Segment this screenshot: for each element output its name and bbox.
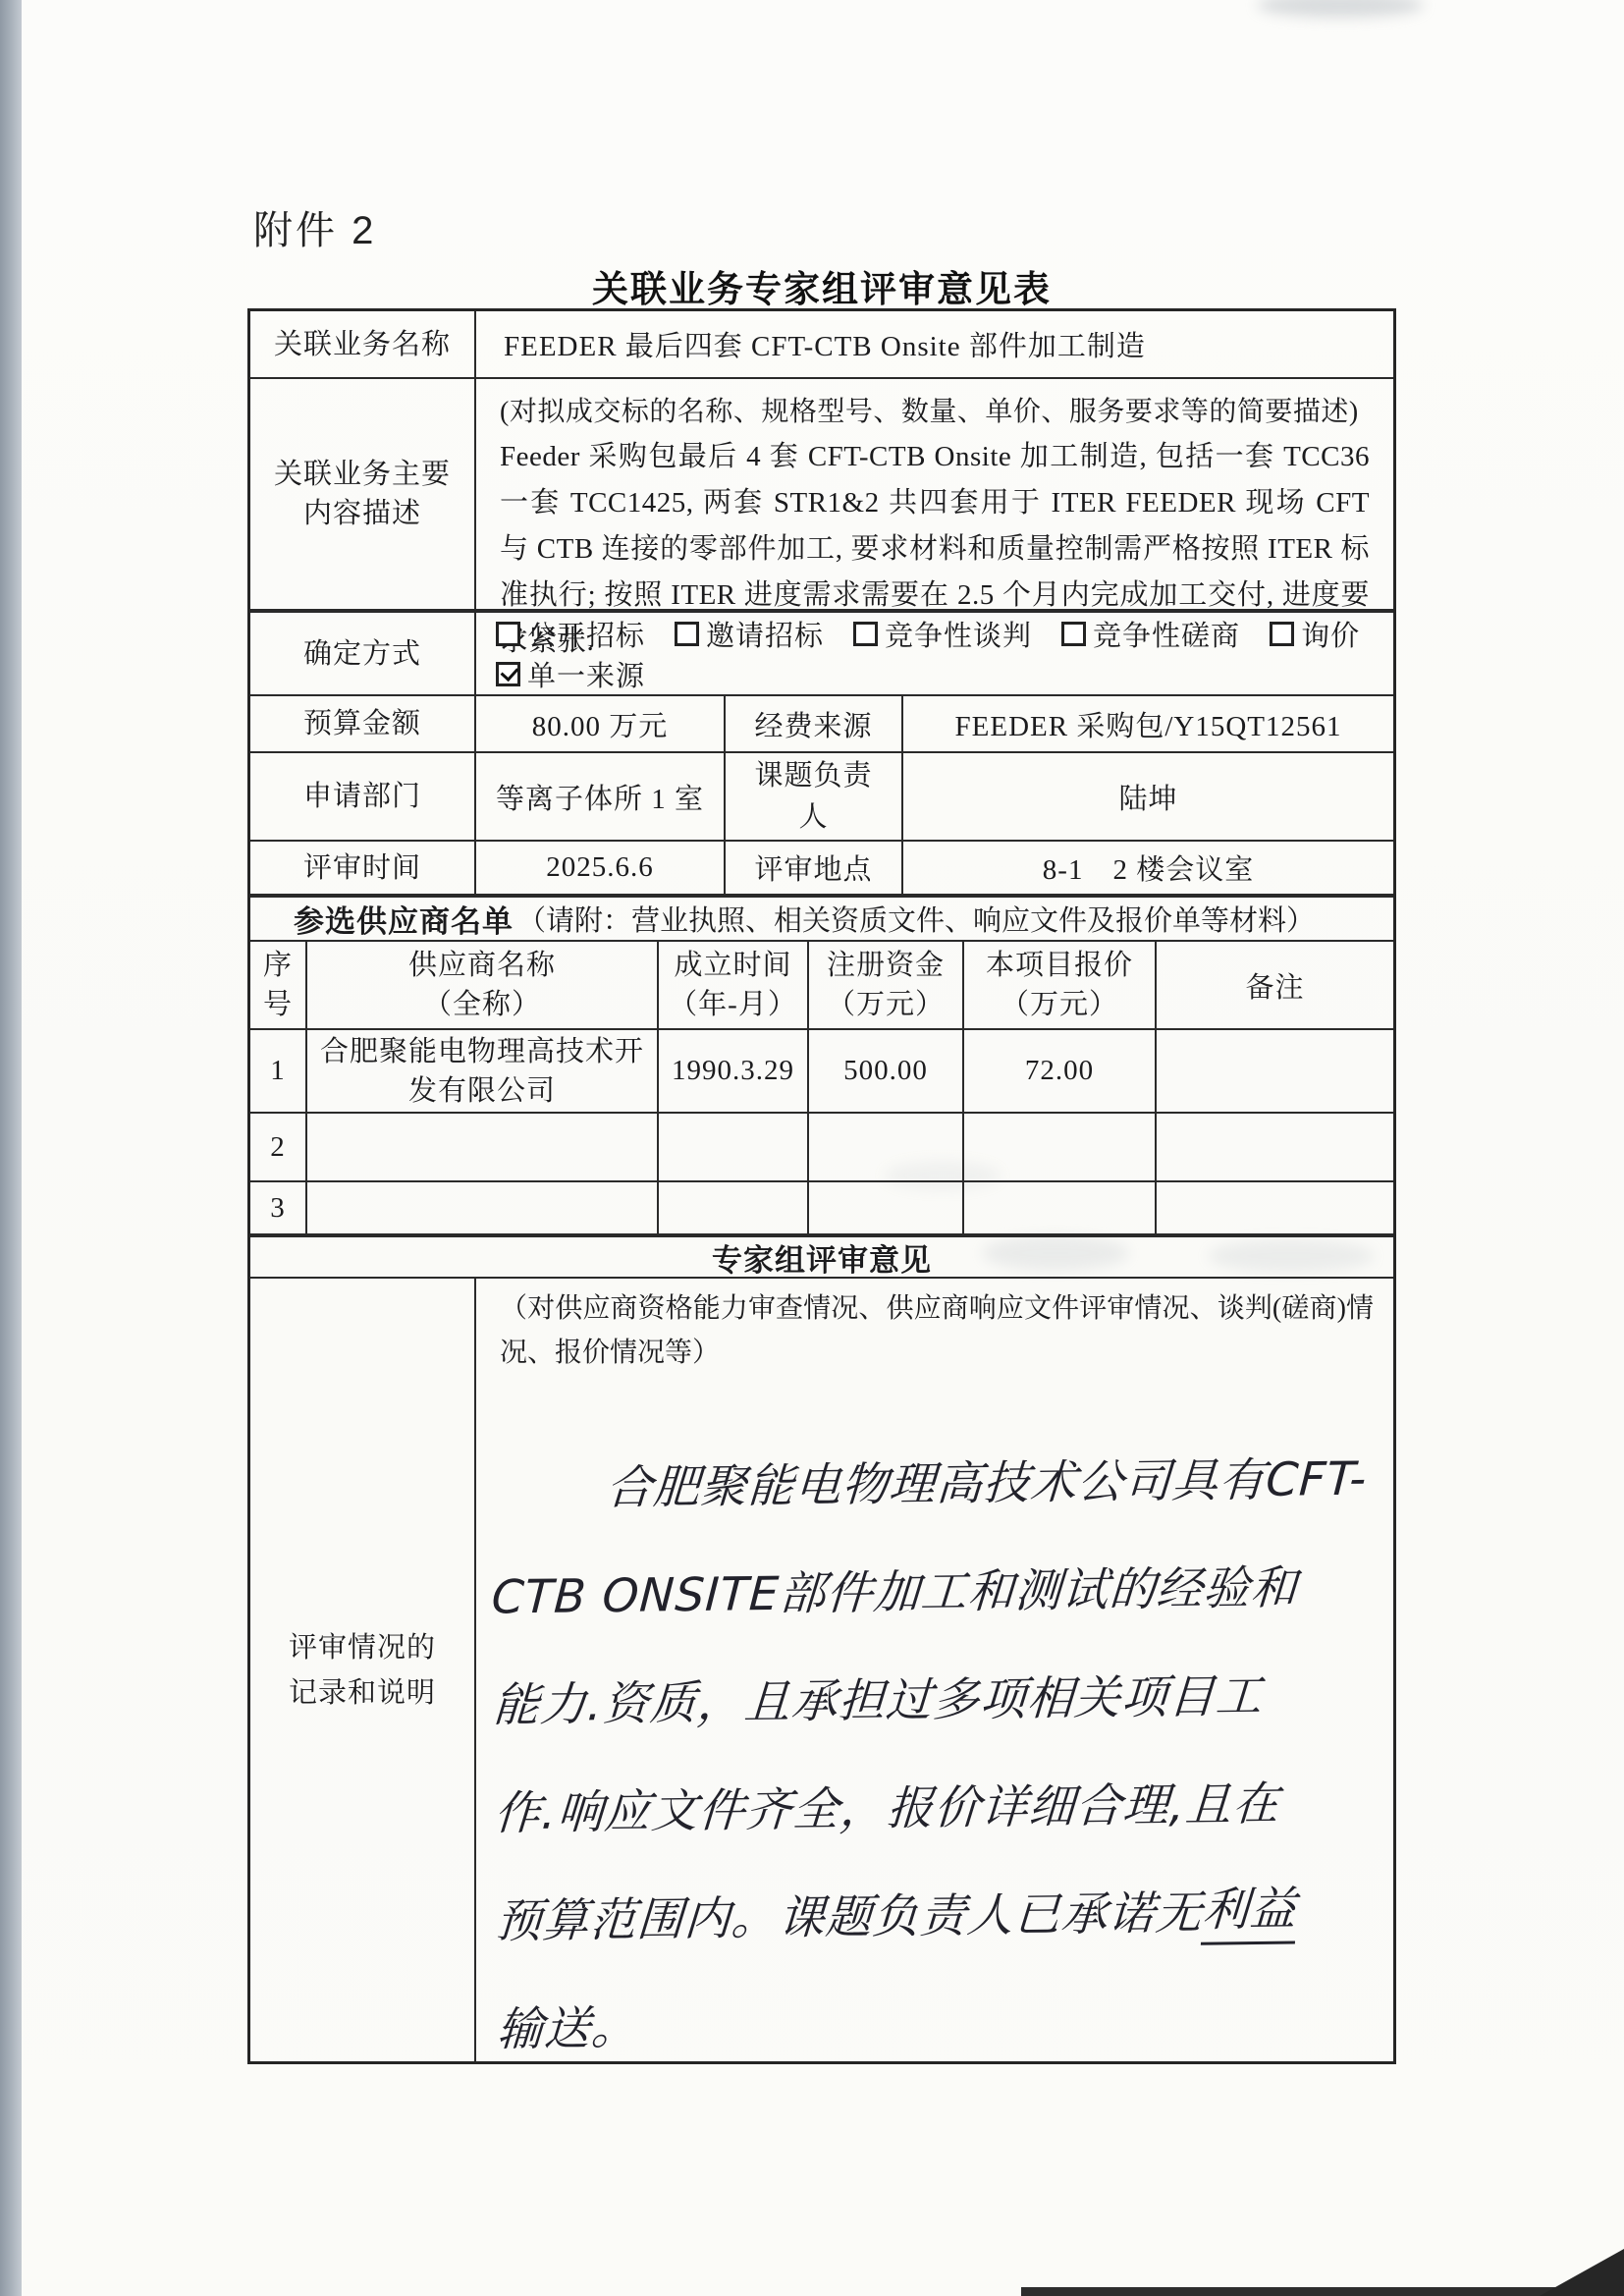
handwriting-line: 能力.资质，且承担过多项相关项目工 xyxy=(490,1636,1395,1755)
header-price: 本项目报价 （万元） xyxy=(964,942,1157,1028)
supplier-remark xyxy=(1157,1030,1393,1112)
row-department-leader: 申请部门 等离子体所 1 室 课题负责人 陆坤 xyxy=(250,753,1393,842)
checkbox-label: 公开招标 xyxy=(527,614,645,654)
scanner-edge-strip xyxy=(0,0,22,2296)
review-place-value: 8-1 2 楼会议室 xyxy=(903,842,1393,894)
checkbox-label: 竞争性谈判 xyxy=(885,614,1032,654)
header-no-lines: 序 号 xyxy=(263,946,293,1024)
handwriting-text: CTB ONSITE部件加工和测试的经验和 xyxy=(490,1551,1300,1626)
row-review-record: 评审情况的 记录和说明 （对供应商资格能力审查情况、供应商响应文件评审情况、谈判… xyxy=(250,1279,1393,2061)
scanner-edge-bottom xyxy=(1021,2287,1624,2296)
review-record-note: （对供应商资格能力审查情况、供应商响应文件评审情况、谈判(磋商)情况、报价情况等… xyxy=(476,1279,1393,1375)
header-name-line2: （全称） xyxy=(408,985,556,1024)
supplier-no: 3 xyxy=(250,1182,307,1233)
scan-smudge xyxy=(1257,0,1424,18)
supplier-capital xyxy=(809,1114,964,1180)
row-budget-funding: 预算金额 80.00 万元 经费来源 FEEDER 采购包/Y15QT12561 xyxy=(250,696,1393,753)
handwritten-opinion: 合肥聚能电物理高技术公司具有CFT- CTB ONSITE部件加工和测试的经验和… xyxy=(472,1420,1397,2079)
scanner-corner-artifact xyxy=(1540,2249,1624,2296)
header-founded-line2: （年-月） xyxy=(669,985,797,1024)
description-value: (对拟成交标的名称、规格型号、数量、单价、服务要求等的简要描述) Feeder … xyxy=(476,379,1393,609)
header-price-lines: 本项目报价 （万元） xyxy=(986,946,1133,1024)
header-price-line1: 本项目报价 xyxy=(986,946,1133,985)
supplier-section-header: 参选供应商名单 （请附：营业执照、相关资质文件、响应文件及报价单等材料） xyxy=(250,898,1393,942)
supplier-remark xyxy=(1157,1182,1393,1233)
header-name-lines: 供应商名称 （全称） xyxy=(408,946,556,1024)
handwriting-text: 预算范围内。课题负责人已承诺无 xyxy=(494,1876,1205,1950)
leader-label: 课题负责人 xyxy=(726,753,903,840)
supplier-row-3: 3 xyxy=(250,1182,1393,1237)
review-record-label-line2: 记录和说明 xyxy=(289,1670,436,1716)
header-no-line1: 序 xyxy=(263,946,293,985)
checkbox-label: 邀请招标 xyxy=(706,614,824,654)
checkbox-invited-bidding: 邀请招标 xyxy=(675,614,824,654)
header-name: 供应商名称 （全称） xyxy=(307,942,659,1028)
handwriting-line: 预算范围内。课题负责人已承诺无利益 xyxy=(493,1852,1398,1971)
supplier-price xyxy=(964,1182,1157,1233)
supplier-row-2: 2 xyxy=(250,1114,1393,1182)
supplier-founded: 1990.3.29 xyxy=(659,1030,809,1112)
method-options-row1: 公开招标 邀请招标 竞争性谈判 竞争性磋商 xyxy=(496,614,1360,654)
handwriting-line: 合肥聚能电物理高技术公司具有CFT- xyxy=(488,1420,1393,1539)
handwriting-line: 作.响应文件齐全，报价详细合理,且在 xyxy=(492,1744,1397,1863)
checkbox-open-bidding: 公开招标 xyxy=(496,614,645,654)
checkbox-single-source: 单一来源 xyxy=(496,654,645,694)
leader-value: 陆坤 xyxy=(903,753,1393,840)
supplier-section-note: （请附：营业执照、相关资质文件、响应文件及报价单等材料） xyxy=(517,899,1315,939)
description-label-line1: 关联业务主要 xyxy=(274,455,451,494)
row-business-name: 关联业务名称 FEEDER 最后四套 CFT-CTB Onsite 部件加工制造 xyxy=(250,311,1393,379)
checkbox-unchecked-icon xyxy=(496,622,520,646)
header-founded-line1: 成立时间 xyxy=(669,946,797,985)
header-price-line2: （万元） xyxy=(986,985,1133,1024)
description-note: (对拟成交标的名称、规格型号、数量、单价、服务要求等的简要描述) xyxy=(500,391,1359,434)
leader-label-text: 课题负责人 xyxy=(752,755,875,838)
handwriting-text: 输送。 xyxy=(495,1991,640,2058)
method-label: 确定方式 xyxy=(250,613,476,694)
header-capital-line2: （万元） xyxy=(827,985,945,1024)
checkbox-competitive-negotiation: 竞争性谈判 xyxy=(853,614,1032,654)
scanned-document-page: 附件 2 关联业务专家组评审意见表 关联业务名称 FEEDER 最后四套 CFT… xyxy=(0,0,1624,2296)
department-label: 申请部门 xyxy=(250,753,476,840)
check-icon xyxy=(501,662,519,681)
header-capital: 注册资金 （万元） xyxy=(809,942,964,1028)
checkbox-competitive-consultation: 竞争性磋商 xyxy=(1061,614,1240,654)
checkbox-unchecked-icon xyxy=(1061,622,1086,646)
supplier-no: 1 xyxy=(250,1030,307,1112)
header-capital-line1: 注册资金 xyxy=(827,946,945,985)
funding-label: 经费来源 xyxy=(726,696,903,751)
review-record-label: 评审情况的 记录和说明 xyxy=(250,1279,476,2061)
header-remark: 备注 xyxy=(1157,942,1393,1028)
checkbox-label: 询价 xyxy=(1301,614,1360,654)
review-time-value: 2025.6.6 xyxy=(476,842,726,894)
row-method: 确定方式 公开招标 邀请招标 竞争性谈判 xyxy=(250,613,1393,696)
supplier-name xyxy=(307,1114,659,1180)
handwriting-underlined-text: 利益 xyxy=(1201,1872,1299,1944)
supplier-price xyxy=(964,1114,1157,1180)
supplier-row-1: 1 合肥聚能电物理高技术开发有限公司 1990.3.29 500.00 72.0… xyxy=(250,1030,1393,1114)
method-options: 公开招标 邀请招标 竞争性谈判 竞争性磋商 xyxy=(476,613,1393,694)
supplier-founded xyxy=(659,1182,809,1233)
checkbox-label: 竞争性磋商 xyxy=(1093,614,1240,654)
document-title: 关联业务专家组评审意见表 xyxy=(247,259,1396,312)
row-time-place: 评审时间 2025.6.6 评审地点 8-1 2 楼会议室 xyxy=(250,842,1393,898)
supplier-name xyxy=(307,1182,659,1233)
funding-value: FEEDER 采购包/Y15QT12561 xyxy=(903,696,1393,751)
method-options-row2: 单一来源 xyxy=(496,654,645,694)
header-capital-lines: 注册资金 （万元） xyxy=(827,946,945,1024)
supplier-founded xyxy=(659,1114,809,1180)
handwriting-line: 输送。 xyxy=(494,1960,1399,2079)
handwriting-text: 能力.资质，且承担过多项相关项目工 xyxy=(491,1659,1265,1734)
supplier-table-header: 序 号 供应商名称 （全称） 成立时间 （年-月） 注册资金 （万元 xyxy=(250,942,1393,1030)
description-label: 关联业务主要 内容描述 xyxy=(250,379,476,609)
supplier-section-title: 参选供应商名单 xyxy=(294,897,514,941)
checkbox-label: 单一来源 xyxy=(527,654,645,694)
business-name-value: FEEDER 最后四套 CFT-CTB Onsite 部件加工制造 xyxy=(476,311,1393,377)
review-form-table: 关联业务名称 FEEDER 最后四套 CFT-CTB Onsite 部件加工制造… xyxy=(247,308,1396,2064)
header-founded: 成立时间 （年-月） xyxy=(659,942,809,1028)
handwriting-text: 作.响应文件齐全，报价详细合理,且在 xyxy=(493,1767,1282,1842)
supplier-name: 合肥聚能电物理高技术开发有限公司 xyxy=(307,1030,659,1112)
budget-value: 80.00 万元 xyxy=(476,696,726,751)
supplier-price: 72.00 xyxy=(964,1030,1157,1112)
row-description: 关联业务主要 内容描述 (对拟成交标的名称、规格型号、数量、单价、服务要求等的简… xyxy=(250,379,1393,613)
business-name-label: 关联业务名称 xyxy=(250,311,476,377)
handwriting-text: 合肥聚能电物理高技术公司具有CFT- xyxy=(605,1442,1370,1517)
expert-opinion-title: 专家组评审意见 xyxy=(712,1235,932,1280)
supplier-capital xyxy=(809,1182,964,1233)
handwriting-line: CTB ONSITE部件加工和测试的经验和 xyxy=(489,1528,1394,1647)
header-no: 序 号 xyxy=(250,942,307,1028)
review-record-content: （对供应商资格能力审查情况、供应商响应文件评审情况、谈判(磋商)情况、报价情况等… xyxy=(476,1279,1393,2061)
attachment-label: 附件 2 xyxy=(253,199,376,255)
description-label-line2: 内容描述 xyxy=(274,494,451,533)
header-no-line2: 号 xyxy=(263,985,293,1024)
checkbox-checked-icon xyxy=(496,662,520,686)
checkbox-unchecked-icon xyxy=(853,622,878,646)
expert-opinion-header: 专家组评审意见 xyxy=(250,1237,1393,1279)
supplier-no: 2 xyxy=(250,1114,307,1180)
review-place-label: 评审地点 xyxy=(726,842,903,894)
review-time-label: 评审时间 xyxy=(250,842,476,894)
review-record-label-line1: 评审情况的 xyxy=(289,1625,436,1670)
header-name-line1: 供应商名称 xyxy=(408,946,556,985)
checkbox-unchecked-icon xyxy=(1270,622,1294,646)
supplier-remark xyxy=(1157,1114,1393,1180)
department-value: 等离子体所 1 室 xyxy=(476,753,726,840)
checkbox-inquiry: 询价 xyxy=(1270,614,1360,654)
description-label-lines: 关联业务主要 内容描述 xyxy=(274,455,451,533)
header-founded-lines: 成立时间 （年-月） xyxy=(669,946,797,1024)
checkbox-unchecked-icon xyxy=(675,622,699,646)
supplier-capital: 500.00 xyxy=(809,1030,964,1112)
budget-label: 预算金额 xyxy=(250,696,476,751)
